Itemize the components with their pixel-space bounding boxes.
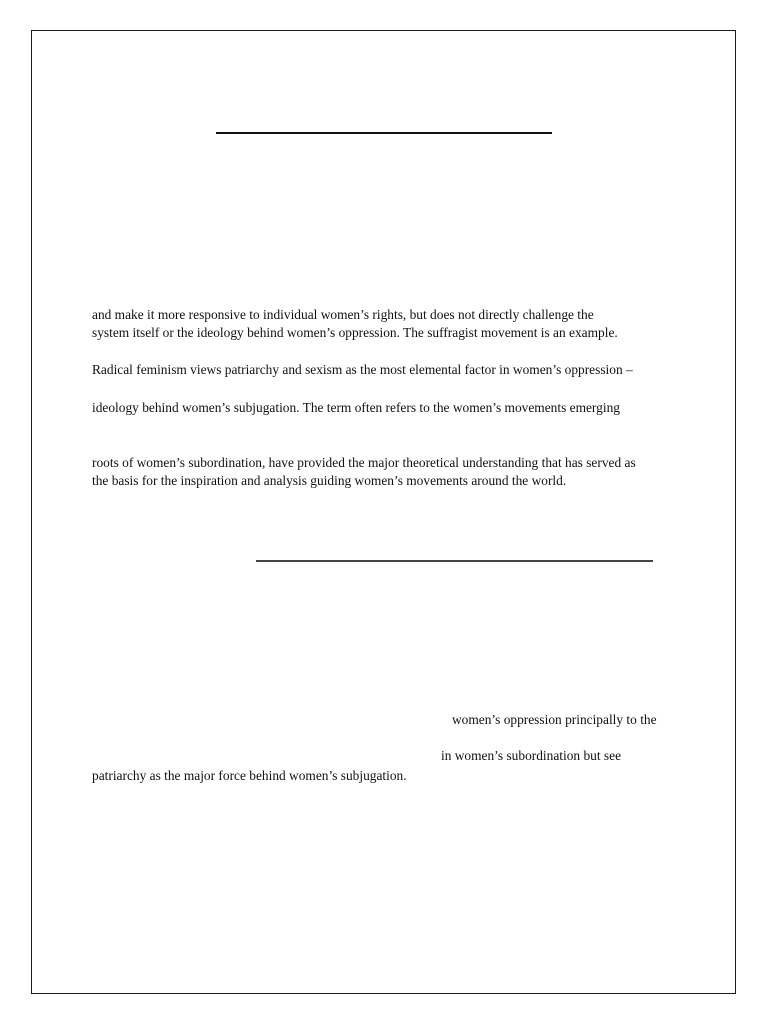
paragraph-2-line-2: ideology behind women’s subjugation. The… — [92, 400, 620, 416]
paragraph-3-line-1: roots of women’s subordination, have pro… — [92, 455, 636, 471]
document-page — [31, 30, 736, 994]
paragraph-1-line-2: system itself or the ideology behind wom… — [92, 325, 618, 341]
paragraph-3-line-2: the basis for the inspiration and analys… — [92, 473, 566, 489]
paragraph-2-line-1: Radical feminism views patriarchy and se… — [92, 362, 633, 378]
heading-rule — [216, 132, 552, 134]
paragraph-4-line-3: patriarchy as the major force behind wom… — [92, 768, 407, 784]
paragraph-1-line-1: and make it more responsive to individua… — [92, 307, 594, 323]
section-rule — [256, 560, 653, 562]
paragraph-4-line-2: in women’s subordination but see — [441, 748, 621, 764]
paragraph-4-line-1: women’s oppression principally to the — [452, 712, 657, 728]
